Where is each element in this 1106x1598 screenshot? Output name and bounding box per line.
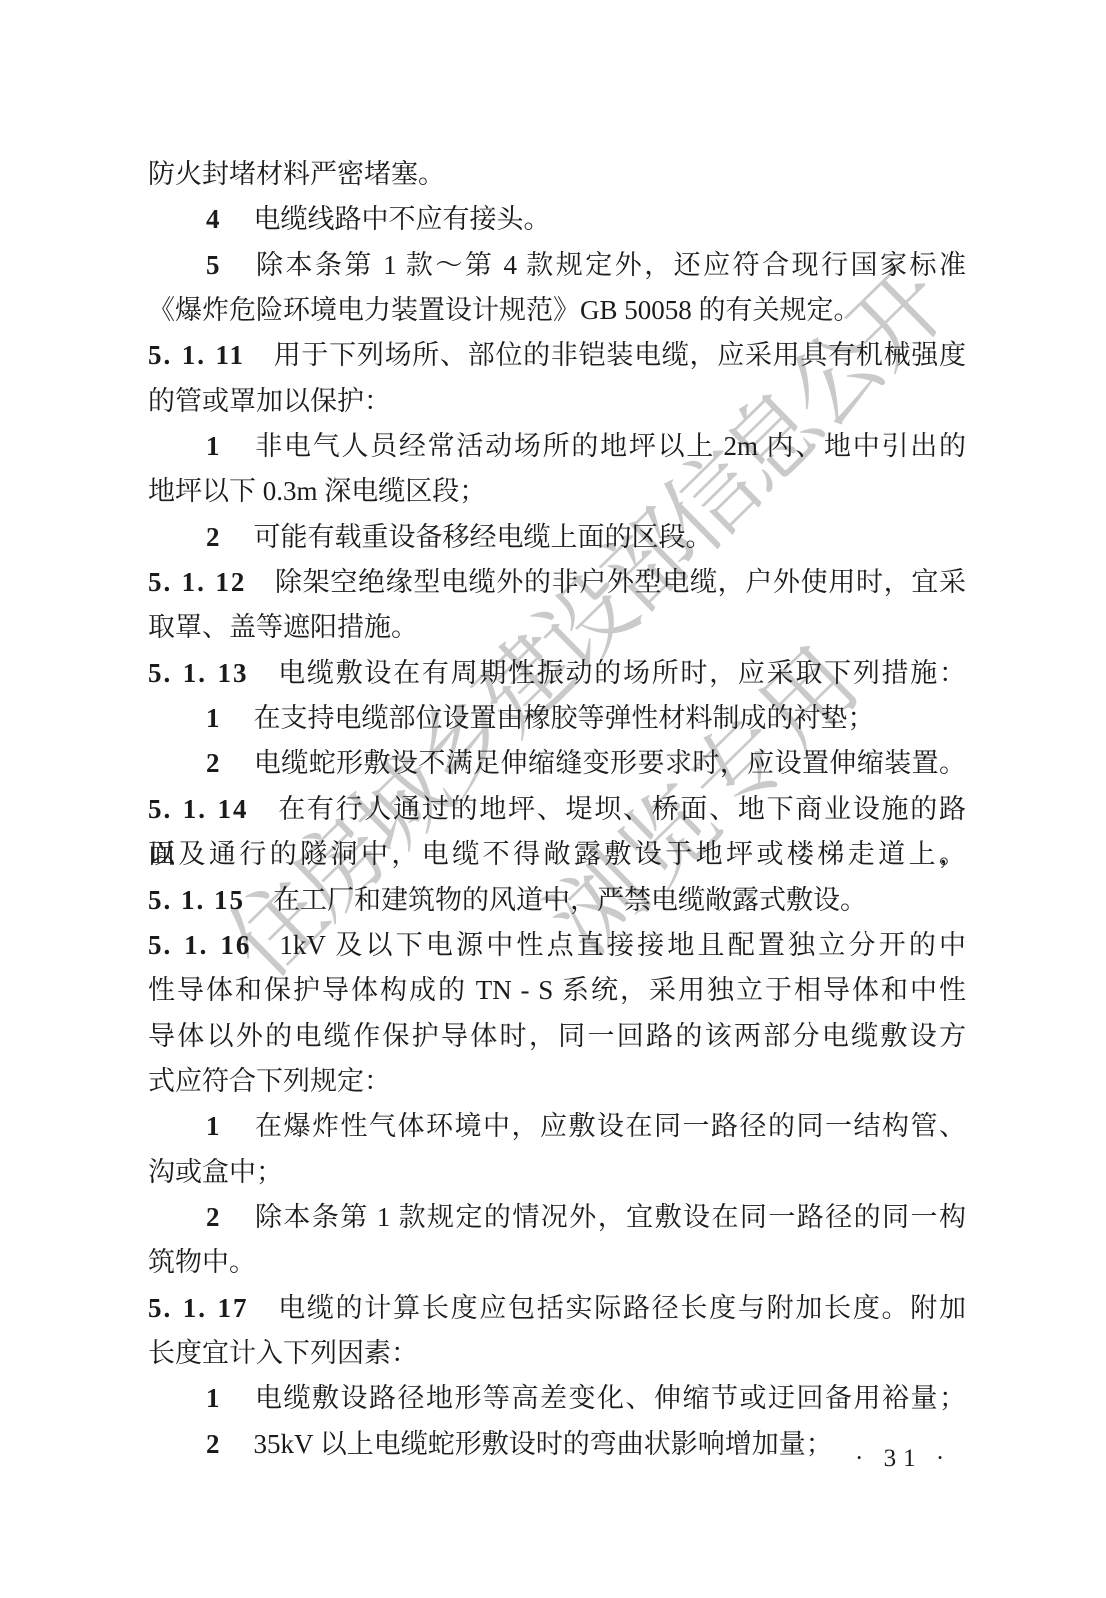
- body-line: 导体以外的电缆作保护导体时，同一回路的该两部分电缆敷设方: [148, 1014, 966, 1059]
- line-text: 筑物中。: [148, 1247, 256, 1277]
- item-number: 1: [206, 1383, 220, 1413]
- line-text: 1kV 及以下电源中性点直接接地且配置独立分开的中: [279, 930, 966, 960]
- line-text: 的管或罩加以保护：: [148, 386, 391, 416]
- line-text: 在工厂和建筑物的风道中，严禁电缆敞露式敷设。: [273, 885, 867, 915]
- body-line: 防火封堵材料严密堵塞。: [148, 152, 966, 197]
- item-number: 2: [206, 1429, 220, 1459]
- document-body: 防火封堵材料严密堵塞。4电缆线路中不应有接头。5除本条第 1 款～第 4 款规定…: [148, 152, 966, 1467]
- line-text: 除本条第 1 款规定的情况外，宜敷设在同一路径的同一构: [254, 1202, 967, 1232]
- line-text: 导体以外的电缆作保护导体时，同一回路的该两部分电缆敷设方: [148, 1021, 966, 1051]
- clause-line: 5. 1. 12除架空绝缘型电缆外的非户外型电缆，户外使用时，宜采: [148, 560, 966, 605]
- clause-number: 5. 1. 11: [148, 340, 245, 370]
- document-page: 住房城乡建设部信息公开 浏览专用 防火封堵材料严密堵塞。4电缆线路中不应有接头。…: [0, 0, 1106, 1598]
- item-line: 235kV 以上电缆蛇形敷设时的弯曲状影响增加量；: [148, 1422, 966, 1467]
- clause-line: 5. 1. 17电缆的计算长度应包括实际路径长度与附加长度。附加: [148, 1286, 966, 1331]
- line-text: 35kV 以上电缆蛇形敷设时的弯曲状影响增加量；: [254, 1429, 833, 1459]
- line-text: 电缆线路中不应有接头。: [254, 204, 551, 234]
- line-text: 非电气人员经常活动场所的地坪以上 2m 内、地中引出的: [254, 431, 967, 461]
- item-number: 2: [206, 748, 220, 778]
- line-text: 《爆炸危险环境电力装置设计规范》GB 50058 的有关规定。: [148, 295, 861, 325]
- clause-line: 5. 1. 161kV 及以下电源中性点直接接地且配置独立分开的中: [148, 923, 966, 968]
- item-line: 1电缆敷设路径地形等高差变化、伸缩节或迂回备用裕量；: [148, 1376, 966, 1421]
- item-line: 1在支持电缆部位设置由橡胶等弹性材料制成的衬垫；: [148, 696, 966, 741]
- line-text: 在支持电缆部位设置由橡胶等弹性材料制成的衬垫；: [254, 703, 875, 733]
- line-text: 电缆敷设路径地形等高差变化、伸缩节或迂回备用裕量；: [254, 1383, 967, 1413]
- clause-line: 5. 1. 15在工厂和建筑物的风道中，严禁电缆敞露式敷设。: [148, 878, 966, 923]
- clause-line: 5. 1. 14在有行人通过的地坪、堤坝、桥面、地下商业设施的路面，: [148, 787, 966, 832]
- body-line: 取罩、盖等遮阳措施。: [148, 605, 966, 650]
- body-line: 地坪以下 0.3m 深电缆区段；: [148, 469, 966, 514]
- item-line: 2除本条第 1 款规定的情况外，宜敷设在同一路径的同一构: [148, 1195, 966, 1240]
- line-text: 性导体和保护导体构成的 TN - S 系统，采用独立于相导体和中性: [148, 975, 966, 1005]
- line-text: 在爆炸性气体环境中，应敷设在同一路径的同一结构管、: [254, 1111, 967, 1141]
- line-text: 地坪以下 0.3m 深电缆区段；: [148, 476, 486, 506]
- item-number: 1: [206, 703, 220, 733]
- clause-number: 5. 1. 12: [148, 567, 246, 597]
- line-text: 除本条第 1 款～第 4 款规定外，还应符合现行国家标准: [254, 250, 967, 280]
- body-line: 的管或罩加以保护：: [148, 379, 966, 424]
- body-line: 沟或盒中；: [148, 1150, 966, 1195]
- item-line: 1在爆炸性气体环境中，应敷设在同一路径的同一结构管、: [148, 1104, 966, 1149]
- line-text: 式应符合下列规定：: [148, 1066, 391, 1096]
- line-text: 沟或盒中；: [148, 1157, 283, 1187]
- clause-number: 5. 1. 13: [148, 658, 248, 688]
- body-line: 性导体和保护导体构成的 TN - S 系统，采用独立于相导体和中性: [148, 968, 966, 1013]
- line-text: 可能有载重设备移经电缆上面的区段。: [254, 522, 713, 552]
- body-line: 筑物中。: [148, 1240, 966, 1285]
- item-line: 2可能有载重设备移经电缆上面的区段。: [148, 515, 966, 560]
- item-line: 1非电气人员经常活动场所的地坪以上 2m 内、地中引出的: [148, 424, 966, 469]
- clause-number: 5. 1. 14: [148, 794, 248, 824]
- clause-line: 5. 1. 11用于下列场所、部位的非铠装电缆，应采用具有机械强度: [148, 333, 966, 378]
- body-line: 式应符合下列规定：: [148, 1059, 966, 1104]
- line-text: 电缆敷设在有周期性振动的场所时，应采取下列措施：: [276, 658, 966, 688]
- line-text: 电缆蛇形敷设不满足伸缩缝变形要求时，应设置伸缩装置。: [254, 748, 967, 778]
- clause-number: 5. 1. 15: [148, 885, 245, 915]
- line-text: 用于下列场所、部位的非铠装电缆，应采用具有机械强度: [273, 340, 966, 370]
- clause-number: 5. 1. 17: [148, 1293, 248, 1323]
- page-number: · 31 ·: [855, 1444, 951, 1474]
- line-text: 取罩、盖等遮阳措施。: [148, 612, 418, 642]
- line-text: 以及通行的隧洞中，电缆不得敞露敷设于地坪或楼梯走道上。: [148, 839, 966, 869]
- clause-line: 5. 1. 13电缆敷设在有周期性振动的场所时，应采取下列措施：: [148, 651, 966, 696]
- item-number: 2: [206, 1202, 220, 1232]
- item-line: 4电缆线路中不应有接头。: [148, 197, 966, 242]
- item-number: 5: [206, 250, 220, 280]
- item-number: 1: [206, 1111, 220, 1141]
- item-number: 4: [206, 204, 220, 234]
- clause-number: 5. 1. 16: [148, 930, 251, 960]
- item-number: 2: [206, 522, 220, 552]
- item-line: 2电缆蛇形敷设不满足伸缩缝变形要求时，应设置伸缩装置。: [148, 741, 966, 786]
- item-number: 1: [206, 431, 220, 461]
- line-text: 防火封堵材料严密堵塞。: [148, 159, 445, 189]
- body-line: 以及通行的隧洞中，电缆不得敞露敷设于地坪或楼梯走道上。: [148, 832, 966, 877]
- line-text: 长度宜计入下列因素：: [148, 1338, 418, 1368]
- line-text: 除架空绝缘型电缆外的非户外型电缆，户外使用时，宜采: [274, 567, 966, 597]
- item-line: 5除本条第 1 款～第 4 款规定外，还应符合现行国家标准: [148, 243, 966, 288]
- line-text: 电缆的计算长度应包括实际路径长度与附加长度。附加: [276, 1293, 966, 1323]
- body-line: 长度宜计入下列因素：: [148, 1331, 966, 1376]
- body-line: 《爆炸危险环境电力装置设计规范》GB 50058 的有关规定。: [148, 288, 966, 333]
